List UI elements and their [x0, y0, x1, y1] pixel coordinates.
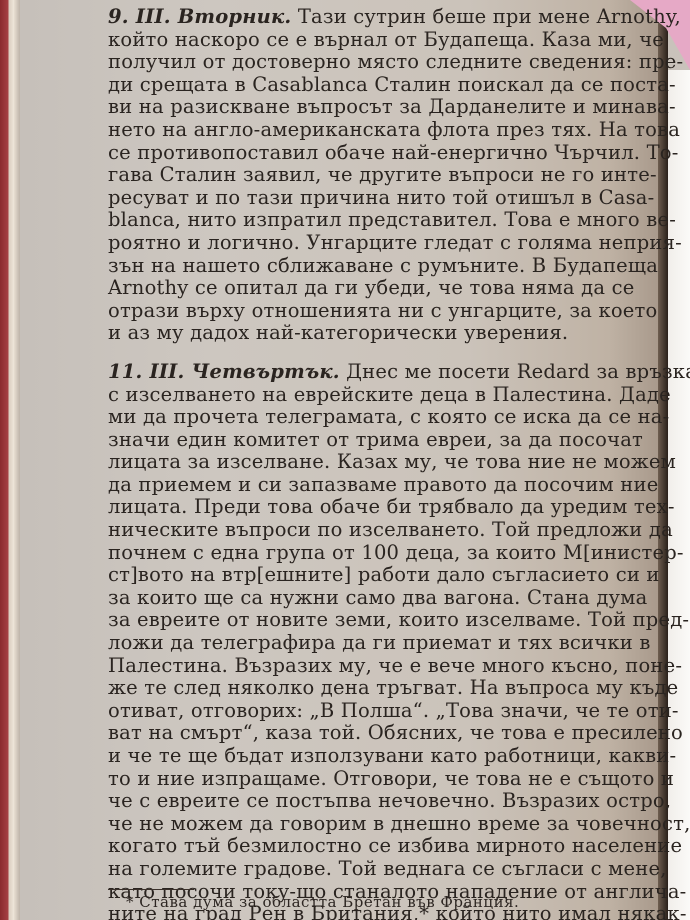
entry-line: за които ще са нужни само два вагона. Ст…: [108, 587, 628, 610]
entry-line: и аз му дадох най-категорически уверения…: [108, 322, 628, 345]
entry-line: и че те ще бъдат използувани като работн…: [108, 745, 628, 768]
entry-line: ват на смърт“, каза той. Обясних, че тов…: [108, 722, 628, 745]
page-text: 9. III. Вторник. Тази сутрин беше при ме…: [108, 6, 628, 920]
entry-line: се противопоставил обаче най-енергично Ч…: [108, 142, 628, 165]
entry-line: гава Сталин заявил, че другите въпроси н…: [108, 164, 628, 187]
book-cover-edge: [0, 0, 14, 920]
entry-line: 9. III. Вторник. Тази сутрин беше при ме…: [108, 6, 628, 29]
entry-line: роятно и логично. Унгарците гледат с гол…: [108, 232, 628, 255]
entry-line: отиват, отговорих: „В Полша“. „Това знач…: [108, 700, 628, 723]
entry-line: на големите градове. Той веднага се съгл…: [108, 858, 628, 881]
entry-line: че не можем да говорим в днешно време за…: [108, 813, 628, 836]
entry-line: ви на разискване въпросът за Дарданелите…: [108, 96, 628, 119]
entry-line: ми да прочета телеграмата, с която се ис…: [108, 406, 628, 429]
entry-line: же те след няколко дена тръгват. На въпр…: [108, 677, 628, 700]
entry-line: да приемем и си запазваме правото да пос…: [108, 474, 628, 497]
entry-line: ресуват и по тази причина нито той отишъ…: [108, 187, 628, 210]
entry-line: получил от достоверно място следните све…: [108, 51, 628, 74]
entry-line: ст]вото на втр[ешните] работи дало съгла…: [108, 564, 628, 587]
entry-line: който наскоро се е върнал от Будапеща. К…: [108, 29, 628, 52]
entry-line: нето на англо-американската флота през т…: [108, 119, 628, 142]
entry-line: ническите въпроси по изселването. Той пр…: [108, 519, 628, 542]
entry-line: 11. III. Четвъртък. Днес ме посети Redar…: [108, 361, 628, 384]
entry-line: че с евреите се постъпва нечовечно. Възр…: [108, 790, 628, 813]
entry-line: зън на нашето сближаване с румъните. В Б…: [108, 255, 628, 278]
paragraph-gap: [108, 345, 628, 361]
entry-line: с изселването на еврейските деца в Палес…: [108, 384, 628, 407]
entry-line: ложи да телеграфира да ги приемат и тях …: [108, 632, 628, 655]
entry-line: Arnothy се опитал да ги убеди, че това н…: [108, 277, 628, 300]
entry-heading: 11. III. Четвъртък.: [108, 360, 340, 383]
entry-line: когато тъй безмилостно се избива мирното…: [108, 835, 628, 858]
entry-line: blanca, нито изпратил представител. Това…: [108, 209, 628, 232]
entry-line: то и ние изпращаме. Отговори, че това не…: [108, 768, 628, 791]
entry-line: значи един комитет от трима евреи, за да…: [108, 429, 628, 452]
footnote: * Става дума за областта Бретан във Фран…: [126, 893, 519, 911]
entry-line: ди срещата в Casablanca Сталин поискал д…: [108, 74, 628, 97]
entry-heading: 9. III. Вторник.: [108, 5, 291, 28]
entry-line: за евреите от новите земи, които изселва…: [108, 609, 628, 632]
entry-line: отрази върху отношенията ни с унгарците,…: [108, 300, 628, 323]
entry-line: Палестина. Възразих му, че е вече много …: [108, 655, 628, 678]
entry-line: лицата. Преди това обаче би трябвало да …: [108, 496, 628, 519]
entry-line: лицата за изселване. Казах му, че това н…: [108, 451, 628, 474]
footnote-rule: [108, 889, 194, 890]
entry-line: почнем с една група от 100 деца, за коит…: [108, 542, 628, 565]
